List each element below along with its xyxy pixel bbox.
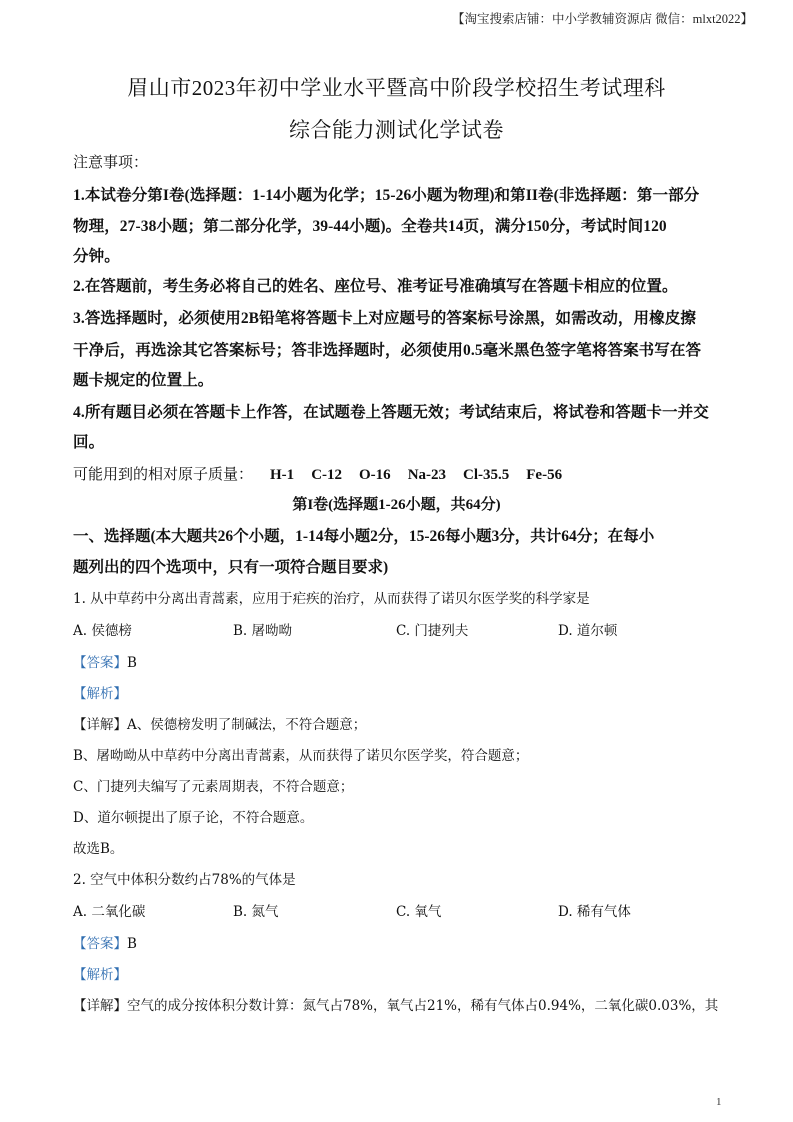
page-subtitle: 综合能力测试化学试卷 [0,114,793,144]
atomic-mass-value: O-16 [359,467,391,484]
option-a: A. 二氧化碳 [73,900,145,920]
notice-line: 物理，27-38小题；第二部分化学，39-44小题)。全卷共14页，满分150分… [73,214,667,236]
atomic-mass-value: Cl-35.5 [463,467,509,484]
notice-line: 4.所有题目必须在答题卡上作答，在试题卷上答题无效；考试结束后，将试卷和答题卡一… [73,400,709,422]
atomic-mass-value: C-12 [311,467,342,484]
analysis-tag: 【解析】 [73,963,127,983]
notice-line: 1.本试卷分第I卷(选择题：1-14小题为化学；15-26小题为物理)和第II卷… [73,183,699,205]
question-stem: 2. 空气中体积分数约占78%的气体是 [73,868,296,888]
detail-line: B、屠呦呦从中草药中分离出青蒿素，从而获得了诺贝尔医学奖，符合题意； [73,744,528,764]
answer-value: B [127,936,137,952]
option-b: B. 屠呦呦 [233,619,292,639]
atomic-mass-label: 可能用到的相对原子质量： [73,467,253,483]
detail-text: 空气的成分按体积分数计算：氮气占78%，氧气占21%，稀有气体占0.94%，二氧… [127,998,718,1014]
atomic-mass-line: 可能用到的相对原子质量：H-1C-12O-16Na-23Cl-35.5Fe-56 [73,463,562,484]
option-b: B. 氮气 [233,900,279,920]
section-title: 第I卷(选择题1-26小题，共64分) [0,493,793,514]
question-stem: 1. 从中草药中分离出青蒿素，应用于疟疾的治疗，从而获得了诺贝尔医学奖的科学家是 [73,587,590,607]
page-number: 1 [716,1096,722,1108]
atomic-mass-value: H-1 [270,467,294,484]
page-title: 眉山市2023年初中学业水平暨高中阶段学校招生考试理科 [0,72,793,102]
notice-line: 分钟。 [73,244,120,266]
atomic-mass-value: Na-23 [408,467,446,484]
header-note: 【淘宝搜索店铺：中小学教辅资源店 微信：mlxt2022】 [452,9,753,27]
answer-tag: 【答案】 [73,936,127,952]
part-title: 一、选择题(本大题共26个小题，1-14每小题2分，15-26每小题3分，共计6… [73,524,654,546]
detail-line: 故选B。 [73,837,123,857]
option-c: C. 氧气 [396,900,441,920]
answer-line: 【答案】B [73,651,137,671]
detail-line: D、道尔顿提出了原子论，不符合题意。 [73,806,313,826]
notice-line: 题卡规定的位置上。 [73,368,213,390]
analysis-tag: 【解析】 [73,682,127,702]
option-a: A. 侯德榜 [73,619,132,639]
option-d: D. 稀有气体 [558,900,631,920]
notice-line: 2.在答题前，考生务必将自己的姓名、座位号、准考证号准确填写在答题卡相应的位置。 [73,274,678,296]
detail-tag: 【详解】 [73,998,127,1014]
answer-tag: 【答案】 [73,655,127,671]
part-title: 题列出的四个选项中，只有一项符合题目要求) [73,555,388,577]
option-c: C. 门捷列夫 [396,619,468,639]
notice-line: 回。 [73,430,104,452]
detail-text: A、侯德榜发明了制碱法，不符合题意； [127,717,366,733]
notice-line: 3.答选择题时，必须使用2B铅笔将答题卡上对应题号的答案标号涂黑，如需改动，用橡… [73,306,696,328]
notice-line: 干净后，再选涂其它答案标号；答非选择题时，必须使用0.5毫米黑色签字笔将答案书写… [73,338,701,360]
answer-value: B [127,655,137,671]
detail-line: 【详解】A、侯德榜发明了制碱法，不符合题意； [73,713,366,733]
detail-line: 【详解】空气的成分按体积分数计算：氮气占78%，氧气占21%，稀有气体占0.94… [73,994,718,1014]
answer-line: 【答案】B [73,932,137,952]
option-d: D. 道尔顿 [558,619,617,639]
detail-tag: 【详解】 [73,717,127,733]
detail-line: C、门捷列夫编写了元素周期表，不符合题意； [73,775,353,795]
atomic-mass-value: Fe-56 [526,467,562,484]
notice-heading: 注意事项： [73,151,148,172]
